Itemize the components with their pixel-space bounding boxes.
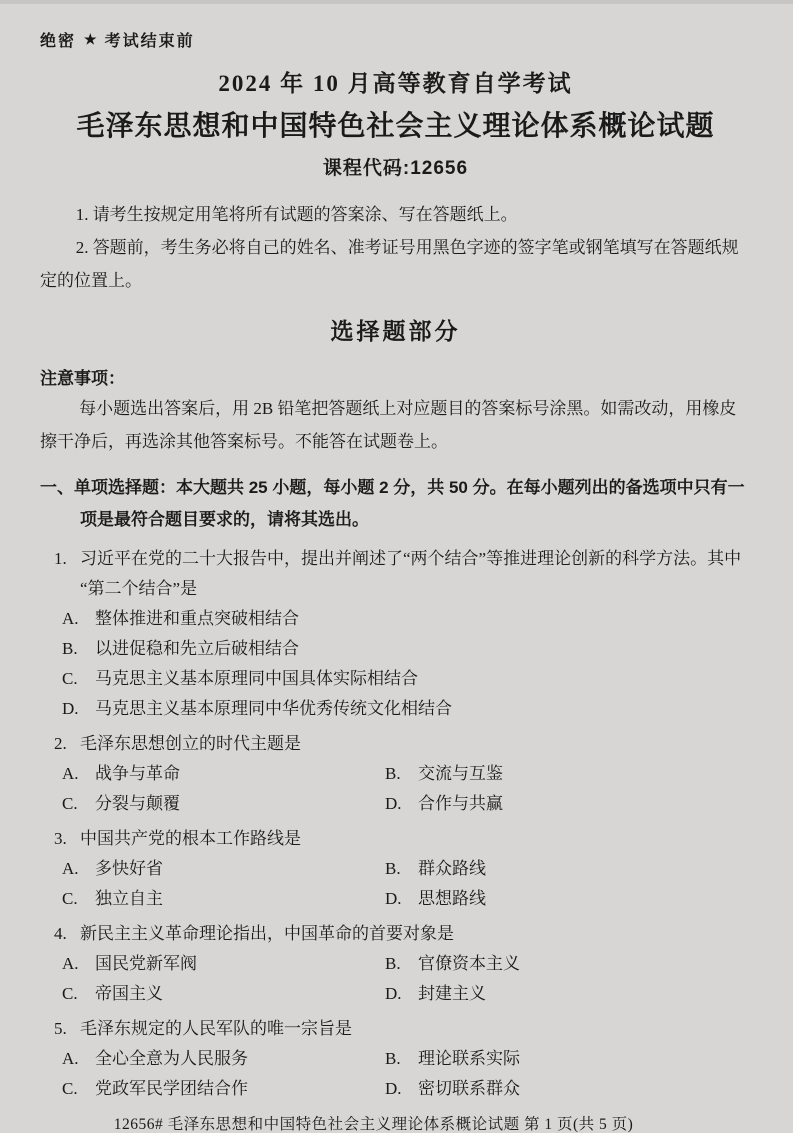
- option-group: A. 战争与革命 B. 交流与互鉴 C. 分裂与颠覆 D. 合作与共赢: [62, 759, 751, 819]
- option-text: 党政军民学团结合作: [95, 1074, 248, 1104]
- option-label: B.: [385, 759, 418, 789]
- question-2: 2. 毛泽东思想创立的时代主题是 A. 战争与革命 B. 交流与互鉴 C. 分裂…: [40, 729, 751, 819]
- question-number: 3.: [40, 824, 80, 854]
- classification-left: 绝密: [40, 28, 76, 51]
- option-d: D. 思想路线: [385, 884, 751, 914]
- option-label: A.: [62, 1044, 95, 1074]
- course-code: 课程代码:12656: [40, 153, 751, 180]
- option-text: 以进促稳和先立后破相结合: [95, 634, 299, 664]
- option-text: 分裂与颠覆: [95, 789, 180, 819]
- question-number: 4.: [40, 919, 80, 949]
- option-label: D.: [385, 789, 418, 819]
- option-label: B.: [385, 854, 418, 884]
- option-group: A. 多快好省 B. 群众路线 C. 独立自主 D. 思想路线: [62, 854, 751, 914]
- option-text: 马克思主义基本原理同中华优秀传统文化相结合: [95, 694, 452, 724]
- option-d: D. 封建主义: [385, 979, 751, 1009]
- option-group: A. 国民党新军阀 B. 官僚资本主义 C. 帝国主义 D. 封建主义: [62, 949, 751, 1009]
- option-a: A. 国民党新军阀: [62, 949, 385, 979]
- option-label: C.: [62, 664, 95, 694]
- option-d: D. 密切联系群众: [385, 1074, 751, 1104]
- option-label: A.: [62, 759, 95, 789]
- option-c: C. 马克思主义基本原理同中国具体实际相结合: [62, 664, 751, 694]
- option-b: B. 交流与互鉴: [385, 759, 751, 789]
- question-number: 2.: [40, 729, 80, 759]
- option-label: A.: [62, 854, 95, 884]
- option-text: 多快好省: [95, 854, 163, 884]
- question-number: 5.: [40, 1014, 80, 1044]
- option-text: 战争与革命: [95, 759, 180, 789]
- option-c: C. 帝国主义: [62, 979, 385, 1009]
- option-text: 合作与共赢: [418, 789, 503, 819]
- question-stem: 中国共产党的根本工作路线是: [80, 824, 751, 854]
- option-text: 群众路线: [418, 854, 486, 884]
- star-icon: ★: [84, 31, 97, 48]
- option-b: B. 以进促稳和先立后破相结合: [62, 634, 751, 664]
- option-label: D.: [385, 884, 418, 914]
- option-a: A. 战争与革命: [62, 759, 385, 789]
- instructions-block: 1. 请考生按规定用笔将所有试题的答案涂、写在答题纸上。 2. 答题前，考生务必…: [40, 198, 751, 297]
- exam-paper-page: 绝密 ★ 考试结束前 2024 年 10 月高等教育自学考试 毛泽东思想和中国特…: [0, 0, 793, 1133]
- option-b: B. 官僚资本主义: [385, 949, 751, 979]
- option-label: D.: [385, 979, 418, 1009]
- option-label: C.: [62, 1074, 95, 1104]
- option-text: 国民党新军阀: [95, 949, 197, 979]
- option-label: C.: [62, 979, 95, 1009]
- option-label: C.: [62, 789, 95, 819]
- notes-heading: 注意事项：: [40, 364, 751, 389]
- instruction-2: 2. 答题前，考生务必将自己的姓名、准考证号用黑色字迹的签字笔或钢笔填写在答题纸…: [40, 231, 751, 297]
- option-label: B.: [385, 1044, 418, 1074]
- option-group: A. 整体推进和重点突破相结合 B. 以进促稳和先立后破相结合 C. 马克思主义…: [62, 604, 751, 724]
- option-label: C.: [62, 884, 95, 914]
- option-text: 帝国主义: [95, 979, 163, 1009]
- question-1: 1. 习近平在党的二十大报告中，提出并阐述了“两个结合”等推进理论创新的科学方法…: [40, 544, 751, 724]
- option-a: A. 多快好省: [62, 854, 385, 884]
- exam-session-title: 2024 年 10 月高等教育自学考试: [40, 65, 751, 98]
- notes-body: 每小题选出答案后，用 2B 铅笔把答题纸上对应题目的答案标号涂黑。如需改动，用橡…: [40, 392, 751, 458]
- classification-right: 考试结束前: [105, 28, 195, 51]
- question-stem: 毛泽东规定的人民军队的唯一宗旨是: [80, 1014, 751, 1044]
- option-a: A. 全心全意为人民服务: [62, 1044, 385, 1074]
- option-c: C. 党政军民学团结合作: [62, 1074, 385, 1104]
- section-title: 选择题部分: [40, 313, 751, 346]
- question-stem: 新民主主义革命理论指出，中国革命的首要对象是: [80, 919, 751, 949]
- option-text: 封建主义: [418, 979, 486, 1009]
- option-label: D.: [62, 694, 95, 724]
- option-a: A. 整体推进和重点突破相结合: [62, 604, 751, 634]
- question-number: 1.: [40, 544, 80, 604]
- option-d: D. 马克思主义基本原理同中华优秀传统文化相结合: [62, 694, 751, 724]
- option-label: D.: [385, 1074, 418, 1104]
- option-label: B.: [62, 634, 95, 664]
- exam-title: 毛泽东思想和中国特色社会主义理论体系概论试题: [40, 104, 751, 144]
- question-list: 1. 习近平在党的二十大报告中，提出并阐述了“两个结合”等推进理论创新的科学方法…: [40, 544, 751, 1104]
- option-text: 交流与互鉴: [418, 759, 503, 789]
- option-text: 思想路线: [418, 884, 486, 914]
- option-c: C. 独立自主: [62, 884, 385, 914]
- option-text: 独立自主: [95, 884, 163, 914]
- option-text: 全心全意为人民服务: [95, 1044, 248, 1074]
- option-b: B. 理论联系实际: [385, 1044, 751, 1074]
- question-3: 3. 中国共产党的根本工作路线是 A. 多快好省 B. 群众路线 C. 独立自主…: [40, 824, 751, 914]
- option-label: A.: [62, 604, 95, 634]
- option-c: C. 分裂与颠覆: [62, 789, 385, 819]
- option-group: A. 全心全意为人民服务 B. 理论联系实际 C. 党政军民学团结合作 D. 密…: [62, 1044, 751, 1104]
- page-footer: 12656# 毛泽东思想和中国特色社会主义理论体系概论试题 第 1 页(共 5 …: [18, 1112, 729, 1133]
- question-4: 4. 新民主主义革命理论指出，中国革命的首要对象是 A. 国民党新军阀 B. 官…: [40, 919, 751, 1009]
- option-b: B. 群众路线: [385, 854, 751, 884]
- instruction-1: 1. 请考生按规定用笔将所有试题的答案涂、写在答题纸上。: [40, 198, 751, 231]
- option-text: 密切联系群众: [418, 1074, 520, 1104]
- option-text: 整体推进和重点突破相结合: [95, 604, 299, 634]
- option-label: A.: [62, 949, 95, 979]
- question-stem: 习近平在党的二十大报告中，提出并阐述了“两个结合”等推进理论创新的科学方法。其中…: [80, 544, 751, 604]
- option-text: 马克思主义基本原理同中国具体实际相结合: [95, 664, 418, 694]
- question-5: 5. 毛泽东规定的人民军队的唯一宗旨是 A. 全心全意为人民服务 B. 理论联系…: [40, 1014, 751, 1104]
- question-stem: 毛泽东思想创立的时代主题是: [80, 729, 751, 759]
- option-d: D. 合作与共赢: [385, 789, 751, 819]
- option-text: 理论联系实际: [418, 1044, 520, 1074]
- option-label: B.: [385, 949, 418, 979]
- part-one-heading: 一、单项选择题：本大题共 25 小题，每小题 2 分，共 50 分。在每小题列出…: [40, 472, 751, 536]
- classification-marking: 绝密 ★ 考试结束前: [40, 28, 751, 51]
- option-text: 官僚资本主义: [418, 949, 520, 979]
